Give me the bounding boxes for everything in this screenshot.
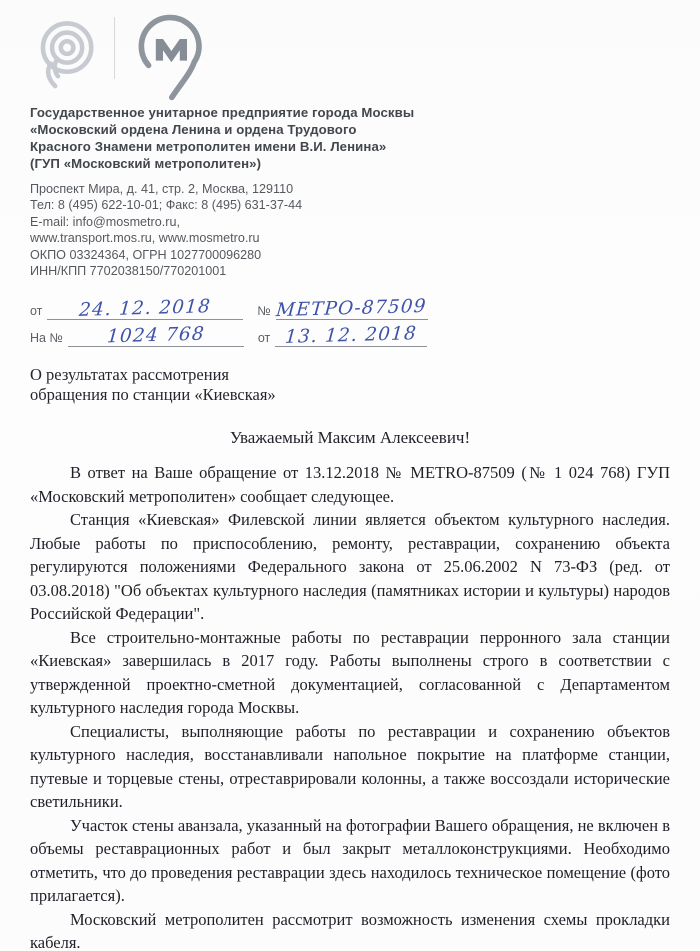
incoming-date-label: от — [244, 331, 275, 347]
salutation: Уважаемый Максим Алексеевич! — [30, 428, 670, 448]
outgoing-ref-row: от 24. 12. 2018 № МЕТРО-87509 — [30, 293, 434, 320]
body-paragraph: В ответ на Ваше обращение от 13.12.2018 … — [30, 461, 670, 508]
body-paragraph: Все строительно-монтажные работы по рест… — [30, 626, 670, 720]
reference-fields: от 24. 12. 2018 № МЕТРО-87509 На № 1024 … — [30, 293, 434, 347]
org-name-line: Государственное унитарное предприятие го… — [30, 104, 670, 121]
contact-line-inn-kpp: ИНН/КПП 7702038150/770201001 — [30, 263, 670, 279]
contact-line-websites: www.transport.mos.ru, www.mosmetro.ru — [30, 230, 670, 246]
logo-divider — [114, 17, 115, 79]
subject: О результатах рассмотрения обращения по … — [30, 365, 670, 404]
incoming-number-field: 1024 768 — [68, 326, 244, 347]
org-name-line: «Московский ордена Ленина и ордена Трудо… — [30, 121, 670, 138]
contact-line-okpo-ogrn: ОКПО 03324364, ОГРН 1027700096280 — [30, 247, 670, 263]
body-paragraph: Московский метрополитен рассмотрит возмо… — [30, 908, 670, 951]
org-name-line: Красного Знамени метрополитен имени В.И.… — [30, 138, 670, 155]
outgoing-number-handwritten: МЕТРО-87509 — [276, 297, 428, 320]
incoming-number-handwritten: 1024 768 — [106, 325, 205, 347]
incoming-date-handwritten: 13. 12. 2018 — [285, 325, 419, 348]
contact-line-address: Проспект Мира, д. 41, стр. 2, Москва, 12… — [30, 181, 670, 197]
subject-line: обращения по станции «Киевская» — [30, 385, 670, 405]
body-paragraph: Специалисты, выполняющие работы по реста… — [30, 720, 670, 814]
incoming-date-field: 13. 12. 2018 — [275, 326, 427, 347]
org-name: Государственное унитарное предприятие го… — [30, 104, 670, 172]
moscow-metro-logo-icon — [131, 14, 211, 104]
outgoing-number-field: МЕТРО-87509 — [276, 299, 428, 320]
contact-line-phone: Тел: 8 (495) 622-10-01; Факс: 8 (495) 63… — [30, 197, 670, 213]
outgoing-number-label: № — [243, 304, 275, 320]
body-paragraph: Станция «Киевская» Филевской линии являе… — [30, 508, 670, 626]
letter-body: В ответ на Ваше обращение от 13.12.2018 … — [30, 461, 670, 951]
contact-info: Проспект Мира, д. 41, стр. 2, Москва, 12… — [30, 181, 670, 279]
letterhead-logos — [30, 14, 670, 100]
outgoing-date-label: от — [30, 304, 47, 320]
letter-page: Государственное унитарное предприятие го… — [0, 0, 700, 951]
contact-line-email: E-mail: info@mosmetro.ru, — [30, 214, 670, 230]
subject-line: О результатах рассмотрения — [30, 365, 670, 385]
moscow-transport-logo-icon — [30, 14, 100, 98]
outgoing-date-handwritten: 24. 12. 2018 — [79, 298, 213, 321]
incoming-ref-row: На № 1024 768 от 13. 12. 2018 — [30, 320, 434, 347]
outgoing-date-field: 24. 12. 2018 — [47, 299, 243, 320]
incoming-number-label: На № — [30, 331, 68, 347]
org-name-line: (ГУП «Московский метрополитен») — [30, 155, 670, 172]
body-paragraph: Участок стены аванзала, указанный на фот… — [30, 814, 670, 908]
